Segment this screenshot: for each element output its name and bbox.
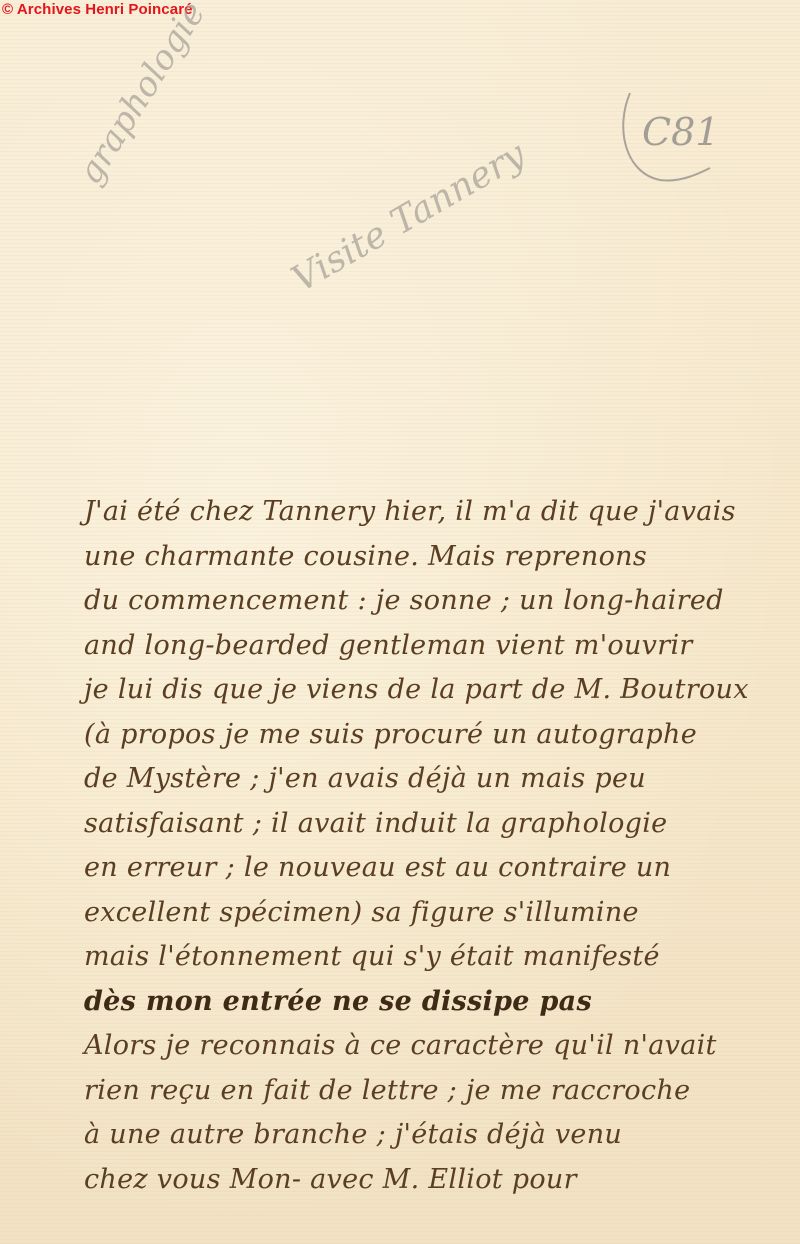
- pencil-annotation-visit: Visite Tannery: [285, 134, 532, 300]
- archive-copyright-watermark: © Archives Henri Poincaré: [2, 1, 193, 18]
- letter-line: mais l'étonnement qui s'y était manifest…: [84, 935, 794, 980]
- letter-line: dès mon entrée ne se dissipe pas: [84, 980, 794, 1025]
- pencil-annotation-subject: graphologie: [70, 0, 213, 191]
- letter-line: à une autre branche ; j'étais déjà venu: [84, 1113, 794, 1158]
- letter-line: J'ai été chez Tannery hier, il m'a dit q…: [84, 490, 794, 535]
- letter-line: rien reçu en fait de lettre ; je me racc…: [84, 1069, 794, 1114]
- letter-line: du commencement : je sonne ; un long-hai…: [84, 579, 794, 624]
- letter-line: en erreur ; le nouveau est au contraire …: [84, 846, 794, 891]
- letter-line: satisfaisant ; il avait induit la grapho…: [84, 802, 794, 847]
- letter-line: Alors je reconnais à ce caractère qu'il …: [84, 1024, 794, 1069]
- letter-line: chez vous Mon- avec M. Elliot pour: [84, 1158, 794, 1203]
- letter-line: je lui dis que je viens de la part de M.…: [84, 668, 794, 713]
- letter-line: de Mystère ; j'en avais déjà un mais peu: [84, 757, 794, 802]
- catalog-number: C81: [642, 110, 719, 154]
- letter-line: (à propos je me suis procuré un autograp…: [84, 713, 794, 758]
- letter-line: excellent spécimen) sa figure s'illumine: [84, 891, 794, 936]
- letter-line: une charmante cousine. Mais reprenons: [84, 535, 794, 580]
- handwritten-letter-body: J'ai été chez Tannery hier, il m'a dit q…: [84, 490, 794, 1202]
- letter-line: and long-bearded gentleman vient m'ouvri…: [84, 624, 794, 669]
